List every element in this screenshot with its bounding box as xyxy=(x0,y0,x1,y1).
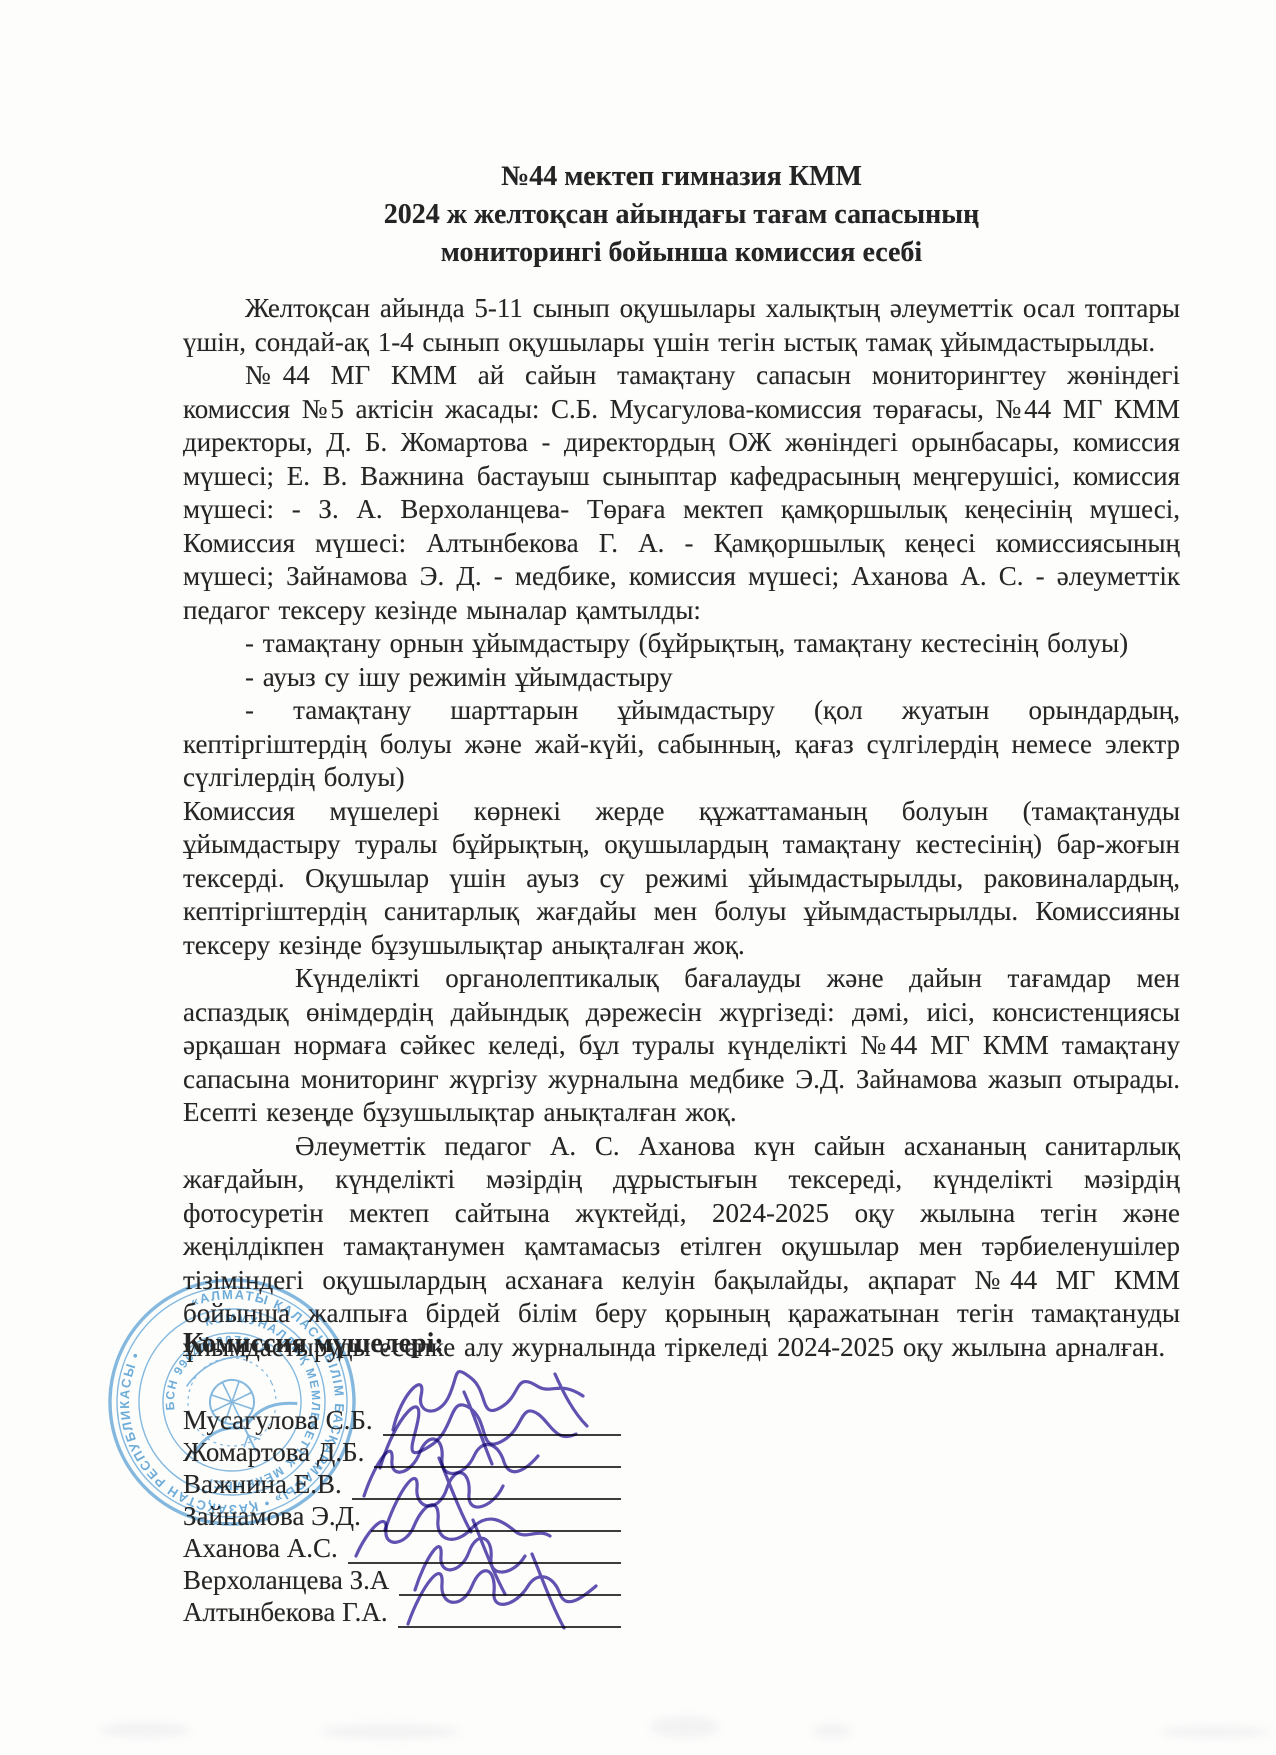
scanned-document-page: «АЛМАТЫ ҚАЛАСЫ БІЛІМ БАСҚАРМАСЫ» • ҚАЗАҚ… xyxy=(0,0,1276,1755)
title-line-2: 2024 ж желтоқсан айындағы тағам сапасыны… xyxy=(183,196,1180,234)
signatory-name: Жомартова Д.Б. xyxy=(183,1437,374,1468)
signatory-name: Алтынбекова Г.А. xyxy=(183,1597,398,1628)
document-body: №44 мектеп гимназия КММ 2024 ж желтоқсан… xyxy=(183,158,1180,1364)
paragraph-inspection: Комиссия мүшелері көрнекі жерде құжаттам… xyxy=(183,795,1180,963)
bullet-food-place: - тамақтану орнын ұйымдастыру (бұйрықтың… xyxy=(183,627,1180,661)
bleedthrough-mark xyxy=(812,1724,852,1738)
handwritten-signature xyxy=(402,1544,617,1640)
paragraph-intro: Желтоқсан айында 5-11 сынып оқушылары ха… xyxy=(183,292,1180,359)
document-title: №44 мектеп гимназия КММ 2024 ж желтоқсан… xyxy=(183,158,1180,272)
signatory-name: Важнина Е.В. xyxy=(183,1469,352,1500)
paragraph-organoleptic: Күнделікті органолептикалық бағалауды жә… xyxy=(183,962,1180,1130)
title-line-3: мониторингі бойынша комиссия есебі xyxy=(183,234,1180,272)
paragraph-commission-act: №44 МГ КММ ай сайын тамақтану сапасын мо… xyxy=(183,359,1180,627)
signatory-name: Аханова А.С. xyxy=(183,1533,348,1564)
bleedthrough-mark xyxy=(320,1724,460,1739)
bleedthrough-mark xyxy=(100,1722,190,1738)
signature-row: Алтынбекова Г.А. xyxy=(183,1596,621,1628)
bullet-drinking-water: - ауыз су ішу режимін ұйымдастыру xyxy=(183,661,1180,695)
signatory-name: Мусагулова С.Б. xyxy=(183,1405,383,1436)
signatory-name: Зайнамова Э.Д. xyxy=(183,1501,371,1532)
signature-section: Комиссия мүшелері: Мусагулова С.Б. Жомар… xyxy=(183,1328,803,1628)
bleedthrough-mark xyxy=(1160,1726,1270,1738)
bullet-food-conditions: - тамақтану шарттарын ұйымдастыру (қол ж… xyxy=(183,694,1180,795)
title-line-1: №44 мектеп гимназия КММ xyxy=(183,158,1180,196)
signature-line xyxy=(398,1594,621,1628)
bleedthrough-mark xyxy=(650,1716,720,1738)
